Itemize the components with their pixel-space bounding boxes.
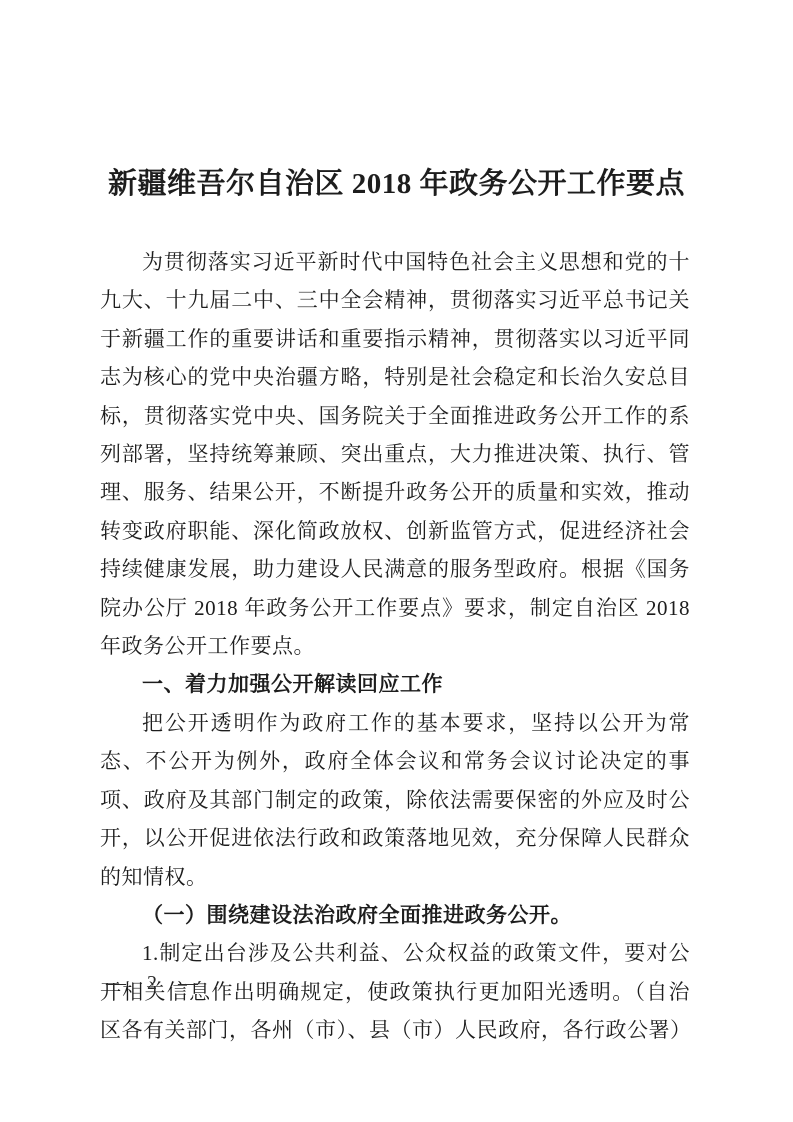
- paragraph-intro: 为贯彻落实习近平新时代中国特色社会主义思想和党的十九大、十九届二中、三中全会精神…: [100, 243, 690, 665]
- document-title: 新疆维吾尔自治区 2018 年政务公开工作要点: [0, 161, 793, 202]
- page-number: — 2 —: [106, 972, 201, 995]
- paragraph-section-1: 把公开透明作为政府工作的基本要求，坚持以公开为常态、不公开为例外，政府全体会议和…: [100, 704, 690, 896]
- subsection-heading-1-1: （一）围绕建设法治政府全面推进政务公开。: [100, 896, 690, 934]
- section-heading-1: 一、着力加强公开解读回应工作: [100, 665, 690, 703]
- document-body: 为贯彻落实习近平新时代中国特色社会主义思想和党的十九大、十九届二中、三中全会精神…: [100, 243, 690, 1050]
- document-page: 新疆维吾尔自治区 2018 年政务公开工作要点 为贯彻落实习近平新时代中国特色社…: [0, 0, 793, 1122]
